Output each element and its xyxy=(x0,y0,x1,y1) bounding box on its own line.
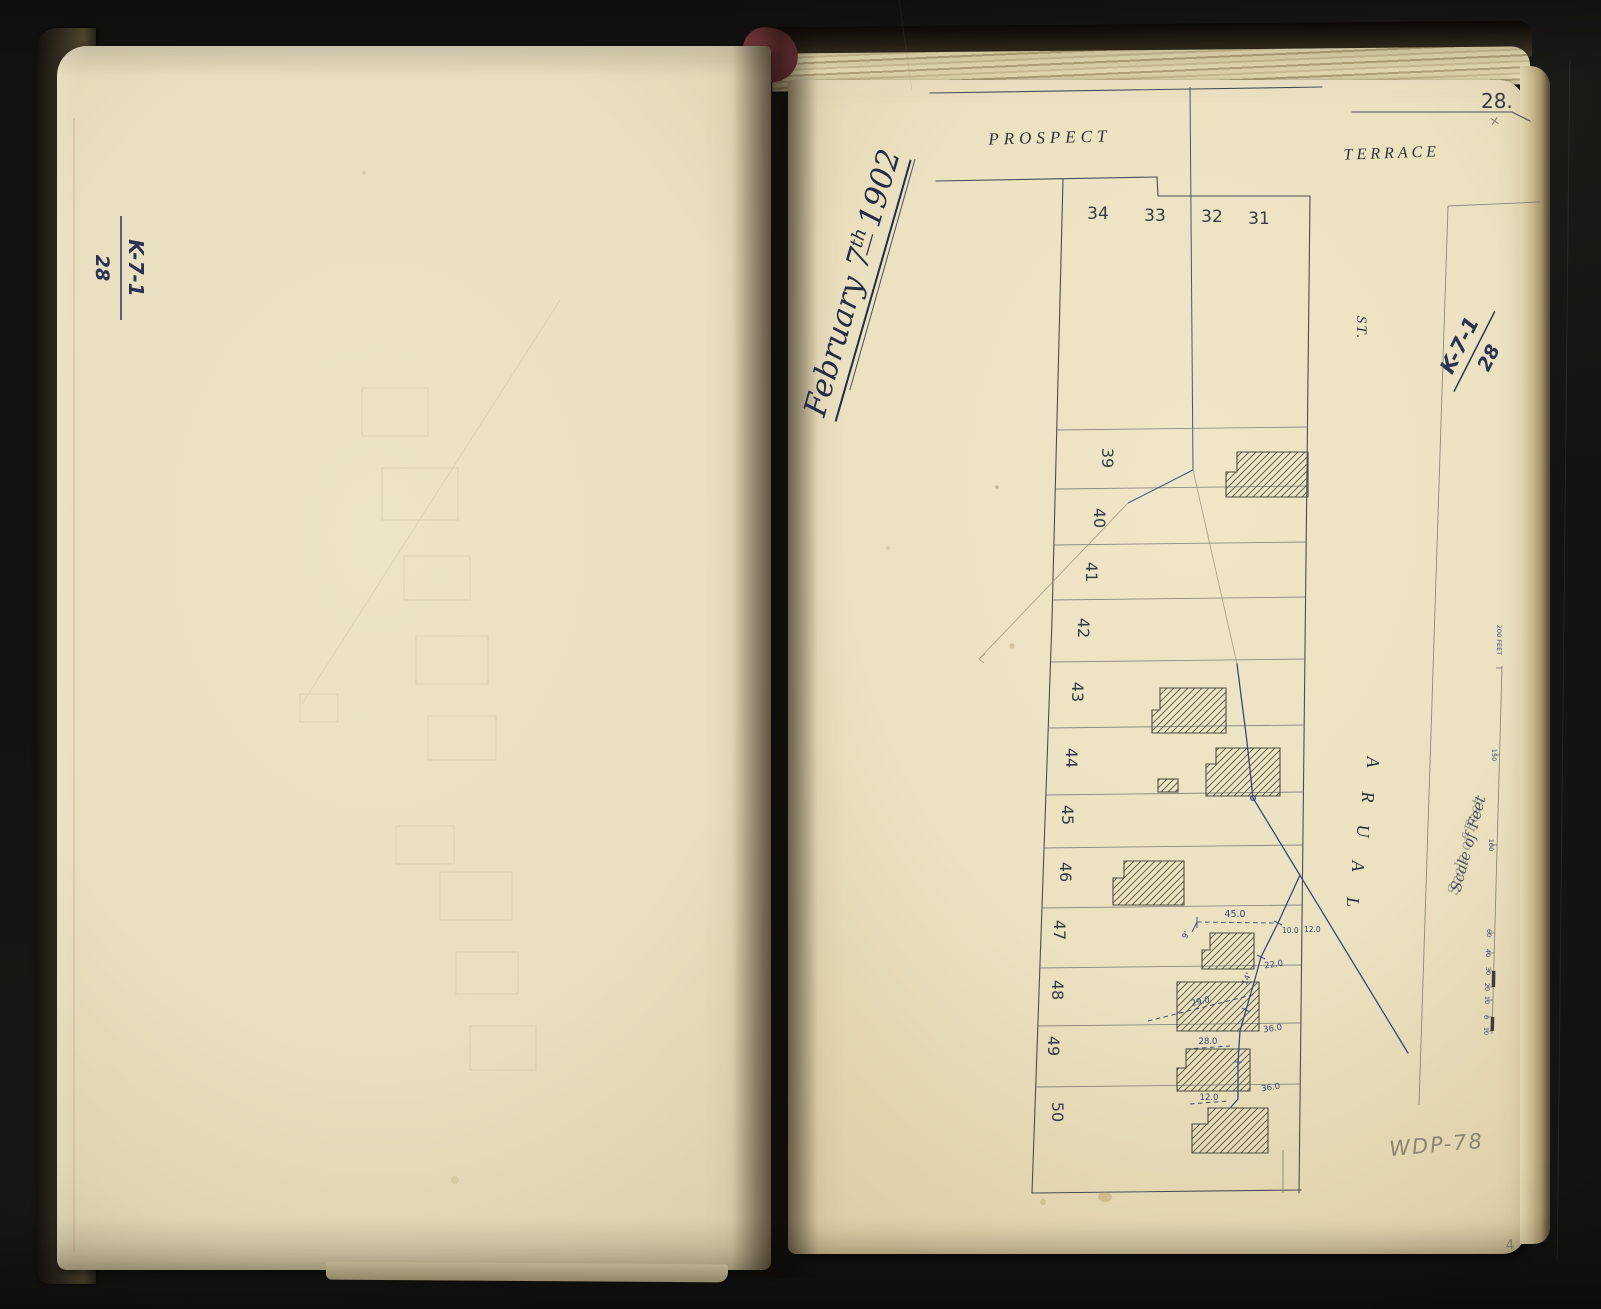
block-center-line xyxy=(1190,87,1193,470)
lot-divider-line xyxy=(1044,845,1303,848)
building-footprint xyxy=(1226,452,1308,497)
dimension-label: 45.0 xyxy=(1224,909,1245,920)
lot-divider-line xyxy=(1053,597,1306,600)
lot-number: 47 xyxy=(1050,920,1069,940)
street-label-laura: L A U R A xyxy=(1343,756,1383,908)
building-footprint xyxy=(1206,748,1280,796)
street-line-north-right xyxy=(1352,112,1530,121)
block-bottom-line xyxy=(1032,1190,1301,1193)
plate-reference-numerator: K-7-1 xyxy=(124,239,148,296)
lot-number: 49 xyxy=(1044,1036,1063,1056)
scale-tick-label: 150 xyxy=(1490,749,1498,761)
laura-street-east-line xyxy=(1419,206,1448,1105)
street-line-north-left xyxy=(930,87,1322,93)
lot-number: 41 xyxy=(1082,562,1101,582)
scale-tick-label: 0 xyxy=(1482,1015,1490,1019)
side-lot-numbers: 39 40 41 42 43 44 45 46 47 48 49 50 xyxy=(1044,448,1117,1122)
dimension-label: 12.0 xyxy=(1200,1093,1219,1103)
scale-tick-label: 10 xyxy=(1482,1027,1490,1035)
laura-letter: L xyxy=(1343,896,1363,907)
laura-letter: R xyxy=(1358,791,1378,803)
scale-tick-label: 20 xyxy=(1483,983,1491,991)
lot-number: 32 xyxy=(1201,207,1223,227)
lot-number: 48 xyxy=(1048,980,1067,1000)
lot-number: 40 xyxy=(1090,508,1109,528)
lot-divider-line xyxy=(1038,1023,1300,1026)
date-annotation: February 7th1902 xyxy=(797,145,917,424)
pencil-page-mark: 4 xyxy=(1505,1237,1516,1254)
laura-letter: A xyxy=(1348,860,1368,873)
lot-divider-line xyxy=(1057,427,1308,430)
lot-number: 45 xyxy=(1058,805,1077,825)
block-top-line xyxy=(1157,177,1310,196)
lot-number: 33 xyxy=(1144,206,1166,226)
water-main-line-faint xyxy=(979,503,1128,659)
plate-reference-denominator: 28 xyxy=(1473,341,1505,375)
lot-number: 39 xyxy=(1098,448,1117,468)
bleed-through-ghosts xyxy=(300,300,560,1070)
laura-street-west-line xyxy=(1299,196,1310,1193)
lot-divider-line xyxy=(1051,659,1305,662)
scale-tick-label: 100 xyxy=(1487,839,1495,851)
building-footprint-small xyxy=(1158,779,1178,792)
paper-stains xyxy=(362,171,1112,1205)
dimension-label: 36.0 xyxy=(1263,1023,1283,1036)
dimension-label: 28.0 xyxy=(1199,1037,1218,1047)
street-label-terrace: TERRACE xyxy=(1343,143,1440,163)
lot-number: 46 xyxy=(1056,862,1075,882)
scale-tick-label: 30 xyxy=(1484,967,1492,975)
scale-of-feet: 200 FEET 150 100 60 40 30 20 10 0 10 Sca… xyxy=(1444,625,1503,1035)
lot-divider-line xyxy=(1054,542,1306,545)
laura-street-corner-line xyxy=(1448,202,1540,206)
scanned-plat-book-photo: K-7-1 28 28. × February 7th1902 K-7-1 28 xyxy=(0,0,1601,1309)
dimension-label: 36.0 xyxy=(1261,1082,1281,1095)
street-label-prospect: PROSPECT xyxy=(987,126,1112,148)
water-main-line-faint xyxy=(1193,470,1237,664)
date-year: 1902 xyxy=(851,145,907,231)
dimension-tick xyxy=(1192,917,1197,932)
scale-title: Scale of Feet xyxy=(1447,793,1490,894)
laura-letter: A xyxy=(1363,756,1383,769)
top-lot-numbers: 34 33 32 31 xyxy=(1087,204,1270,229)
plate-reference-denominator: 28 xyxy=(91,255,113,281)
building-footprint xyxy=(1152,688,1226,733)
left-plate-reference-fraction: K-7-1 28 xyxy=(91,216,148,320)
scale-tick-label: 40 xyxy=(1484,949,1492,957)
building-footprint xyxy=(1113,861,1184,905)
building-footprint xyxy=(1192,1108,1268,1153)
lot-number: 31 xyxy=(1248,209,1270,229)
scale-tick-label: 60 xyxy=(1485,929,1493,937)
lot-number: 34 xyxy=(1087,204,1109,224)
dimension-label: 22.0 xyxy=(1264,959,1284,972)
street-label-st: ST. xyxy=(1353,316,1369,340)
lot-number: 43 xyxy=(1068,682,1087,702)
date-prefix: February 7 xyxy=(797,244,880,422)
laura-letter: U xyxy=(1353,825,1373,839)
check-mark: × xyxy=(1488,113,1501,130)
building-footprints xyxy=(1113,452,1308,1153)
water-main-line xyxy=(1128,470,1193,503)
dimension-label: 10.0 xyxy=(1282,926,1299,935)
lot-number: 50 xyxy=(1048,1102,1067,1122)
page-number: 28. xyxy=(1481,89,1513,113)
building-footprint xyxy=(1202,933,1254,969)
map-drawing-layer: K-7-1 28 28. × February 7th1902 K-7-1 28 xyxy=(0,0,1601,1309)
scale-tick-label: 10 xyxy=(1483,996,1491,1004)
lot-number: 44 xyxy=(1062,748,1081,768)
dimension-label: 9' xyxy=(1180,930,1191,940)
lot-divider-line xyxy=(1040,965,1301,968)
pencil-note: WDP-78 xyxy=(1388,1129,1484,1161)
dimension-label: 12.0 xyxy=(1304,925,1321,934)
lot-number: 42 xyxy=(1074,618,1093,638)
dimension-line xyxy=(1197,922,1276,923)
scale-tick-label: 200 FEET xyxy=(1495,625,1503,655)
street-line-south xyxy=(936,177,1157,181)
